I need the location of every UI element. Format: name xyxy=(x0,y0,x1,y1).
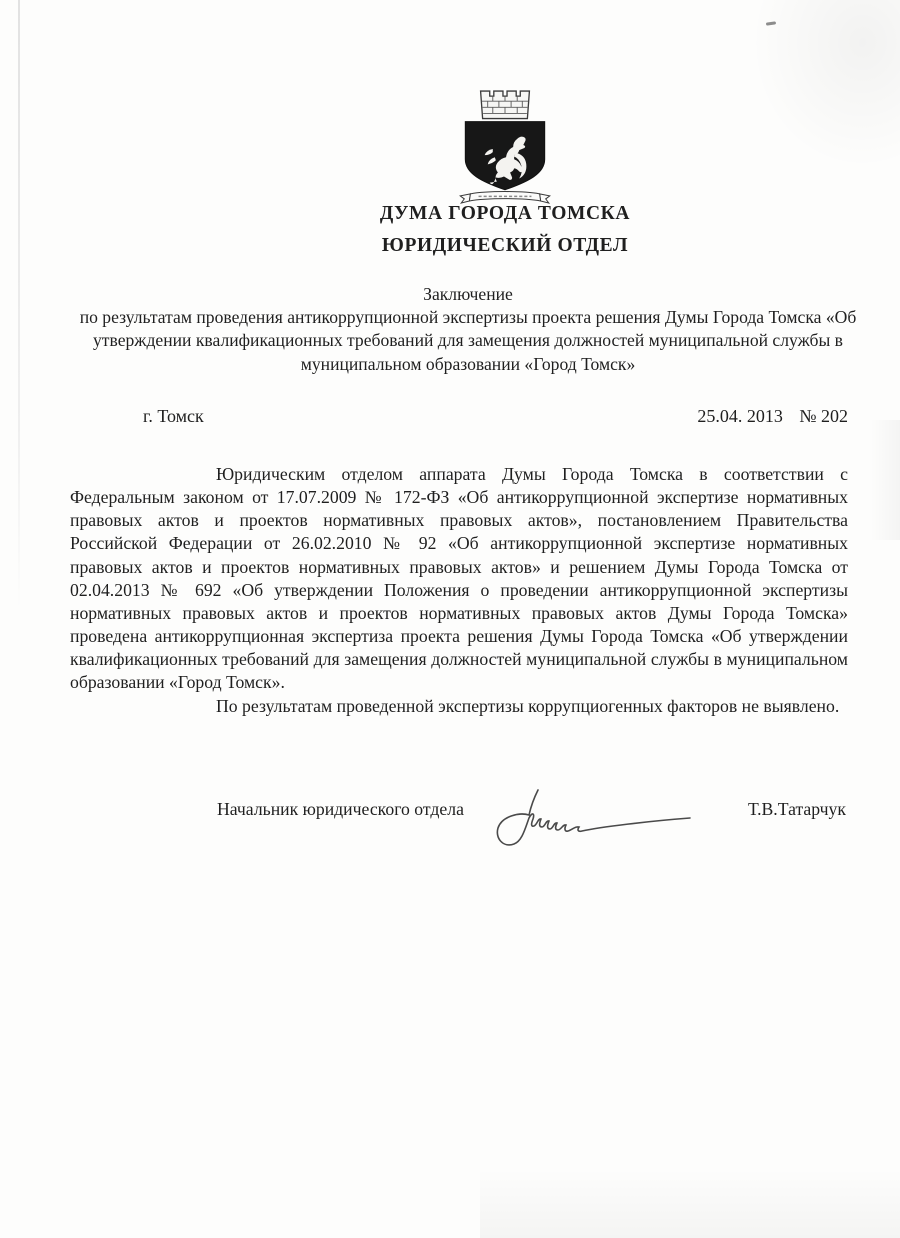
document-type: Заключение xyxy=(78,283,858,306)
document-title: Заключение по результатам проведения ант… xyxy=(78,283,858,376)
tomsk-coat-of-arms-icon xyxy=(456,88,554,204)
scan-smudge-top-right xyxy=(750,0,900,170)
date-number-group: 25.04. 2013 № 202 xyxy=(697,406,848,427)
signer-name: Т.В.Татарчук xyxy=(748,799,846,820)
place-label: г. Томск xyxy=(70,406,204,427)
org-name: ДУМА ГОРОДА ТОМСКА xyxy=(100,203,900,225)
document-number: № 202 xyxy=(799,406,848,426)
scan-smudge-right xyxy=(870,420,900,540)
paragraph-conclusion: По результатам проведенной экспертизы ко… xyxy=(70,695,848,718)
document-subject: по результатам проведения антикоррупцион… xyxy=(78,306,858,376)
meta-row: г. Томск 25.04. 2013 № 202 xyxy=(70,406,848,427)
department-name: ЮРИДИЧЕСКИЙ ОТДЕЛ xyxy=(100,235,900,257)
scanned-document-page: ДУМА ГОРОДА ТОМСКА ЮРИДИЧЕСКИЙ ОТДЕЛ Зак… xyxy=(0,0,900,1238)
shield-icon xyxy=(465,122,544,190)
ribbon-icon xyxy=(460,192,550,203)
document-date: 25.04. 2013 xyxy=(697,406,783,426)
mural-crown-icon xyxy=(481,91,530,118)
paragraph-expertise: Юридическим отделом аппарата Думы Города… xyxy=(70,463,848,695)
scan-artifact-edge-line xyxy=(18,0,20,610)
org-header: ДУМА ГОРОДА ТОМСКА ЮРИДИЧЕСКИЙ ОТДЕЛ xyxy=(100,203,900,257)
signature-scribble-icon xyxy=(490,774,740,859)
scan-smudge-bottom-right xyxy=(480,1168,900,1238)
document-body: Юридическим отделом аппарата Думы Города… xyxy=(70,463,848,718)
signer-position: Начальник юридического отдела xyxy=(217,799,464,820)
